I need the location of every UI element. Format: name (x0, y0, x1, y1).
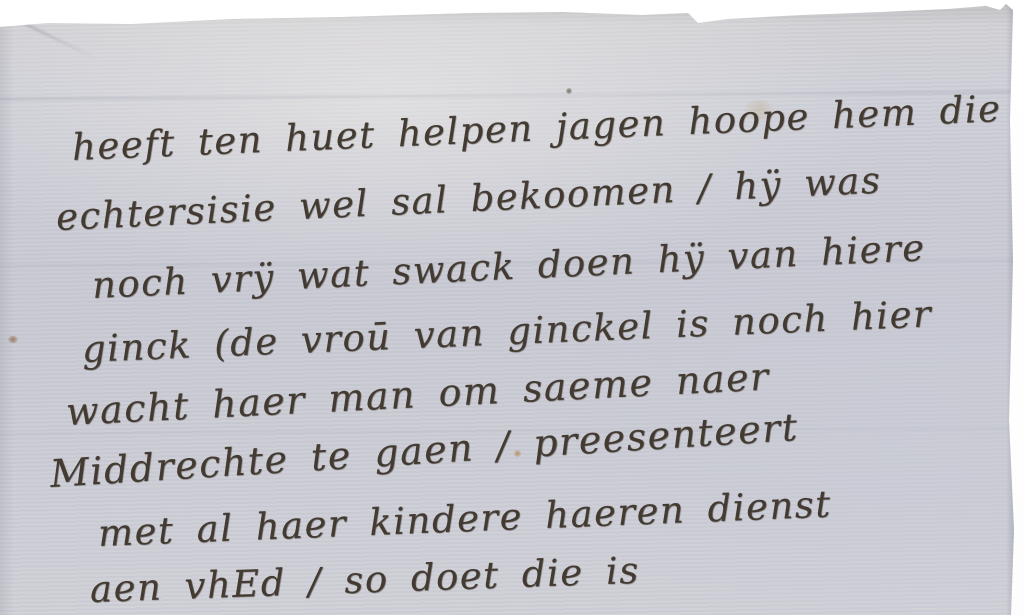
manuscript-line: ginck (de vroū van ginckel is noch hier (81, 292, 933, 371)
manuscript-line: met al haer kindere haeren dienst (97, 483, 832, 555)
letter-paper: heeft ten huet helpen jagen hoope hem di… (0, 0, 1024, 615)
manuscript-line: noch vrÿ wat swack doen hÿ van hiere (91, 226, 926, 307)
scanned-letter: heeft ten huet helpen jagen hoope hem di… (0, 0, 1024, 615)
letter-text: heeft ten huet helpen jagen hoope hem di… (0, 0, 1024, 615)
scan-background: { "letter": { "kind": "handwritten-manus… (0, 0, 1024, 615)
manuscript-line: aen vhEd / so doet die is (89, 549, 640, 611)
manuscript-line: echtersisie wel sal bekoomen / hÿ was (55, 159, 882, 239)
manuscript-line: heeft ten huet helpen jagen hoope hem di… (71, 87, 1002, 169)
